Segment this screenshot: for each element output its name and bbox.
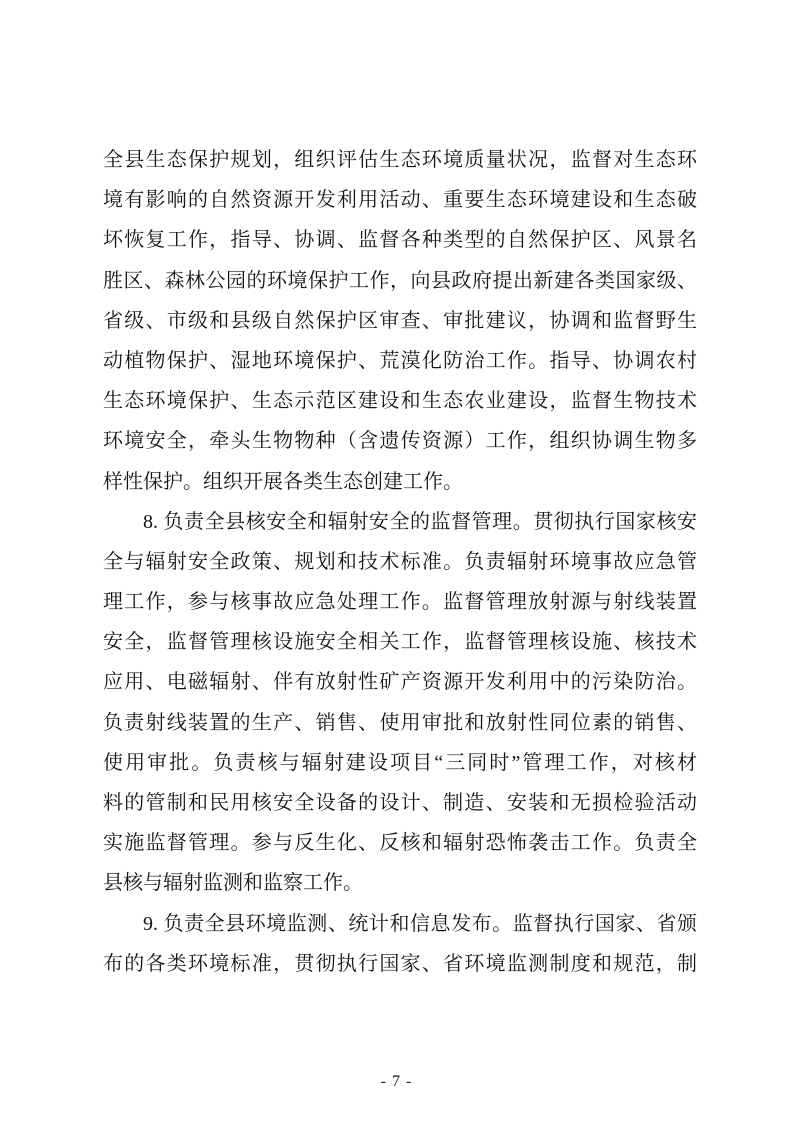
text-line: 环境安全，牵头生物物种（含遗传资源）工作，组织协调生物多 (103, 421, 697, 461)
document-page: 全县生态保护规划，组织评估生态环境质量状况，监督对生态环境有影响的自然资源开发利… (0, 0, 793, 1122)
text-line: 县核与辐射监测和监察工作。 (103, 863, 697, 903)
text-line: 实施监督管理。参与反生化、反核和辐射恐怖袭击工作。负责全 (103, 823, 697, 863)
page-footer: - 7 - (0, 1073, 793, 1091)
text-line: 生态环境保护、生态示范区建设和生态农业建设，监督生物技术 (103, 381, 697, 421)
text-line: 坏恢复工作，指导、协调、监督各种类型的自然保护区、风景名 (103, 220, 697, 260)
text-line: 布的各类环境标准，贯彻执行国家、省环境监测制度和规范，制 (103, 944, 697, 984)
text-line: 负责射线装置的生产、销售、使用审批和放射性同位素的销售、 (103, 703, 697, 743)
text-line: 全县生态保护规划，组织评估生态环境质量状况，监督对生态环 (103, 140, 697, 180)
text-line: 理工作，参与核事故应急处理工作。监督管理放射源与射线装置 (103, 582, 697, 622)
text-line: 胜区、森林公园的环境保护工作，向县政府提出新建各类国家级、 (103, 261, 697, 301)
text-line: 动植物保护、湿地环境保护、荒漠化防治工作。指导、协调农村 (103, 341, 697, 381)
text-line: 料的管制和民用核安全设备的设计、制造、安装和无损检验活动 (103, 783, 697, 823)
text-line: 境有影响的自然资源开发利用活动、重要生态环境建设和生态破 (103, 180, 697, 220)
text-line: 省级、市级和县级自然保护区审查、审批建议，协调和监督野生 (103, 301, 697, 341)
text-line: 全与辐射安全政策、规划和技术标准。负责辐射环境事故应急管 (103, 542, 697, 582)
text-line: 安全，监督管理核设施安全相关工作，监督管理核设施、核技术 (103, 622, 697, 662)
text-line: 使用审批。负责核与辐射建设项目“三同时”管理工作，对核材 (103, 743, 697, 783)
document-body: 全县生态保护规划，组织评估生态环境质量状况，监督对生态环境有影响的自然资源开发利… (103, 140, 697, 984)
text-line: 9. 负责全县环境监测、统计和信息发布。监督执行国家、省颁 (103, 904, 697, 944)
text-line: 样性保护。组织开展各类生态创建工作。 (103, 462, 697, 502)
text-line: 应用、电磁辐射、伴有放射性矿产资源开发利用中的污染防治。 (103, 662, 697, 702)
text-line: 8. 负责全县核安全和辐射安全的监督管理。贯彻执行国家核安 (103, 502, 697, 542)
page-number: - 7 - (381, 1073, 413, 1090)
